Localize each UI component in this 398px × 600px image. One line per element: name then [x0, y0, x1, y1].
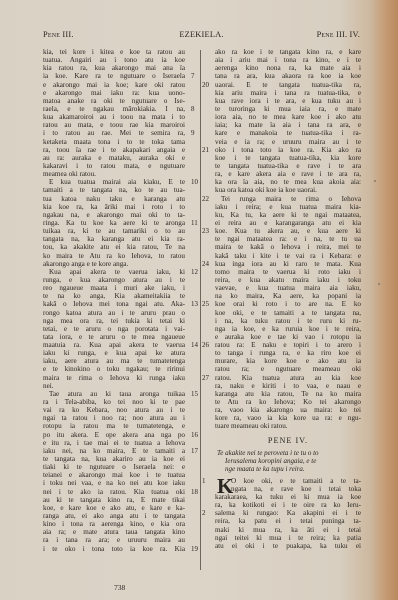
verse-number: 7	[191, 72, 195, 80]
line-text: tangata na, ka karanga atu ei kia ra-	[43, 235, 185, 243]
verse-1-block: 1 K O koe oki, e te tamaiti a te ta- nga…	[215, 477, 361, 493]
text-line: kare e manakoia te tuatua-tika i ra-	[215, 129, 361, 137]
line-text: salema ki rungao: Ka akapini ei i te	[215, 509, 361, 517]
line-text: Tae atura au ki taua aronga tuikaa	[49, 390, 185, 398]
right-column-body: ako ra koe i te tangata kino ra, e karea…	[215, 48, 361, 431]
text-line: e te kinokino o toku ngakau; te ririnui	[43, 365, 185, 373]
text-line: iora aia, no te mea kare koe i ako atu	[215, 113, 361, 121]
text-line: tuare meameau oki ratou.	[215, 422, 361, 430]
line-text: te na ko anga, Kia akameitakiia te	[43, 292, 185, 300]
text-line: ketaketa maata tona i to te toka tama	[43, 138, 185, 146]
text-line: vaevae, e kua tuatua maira aia iaku,	[215, 284, 361, 292]
line-text: kua rave iora i te ara, e kua tuku au i	[215, 97, 361, 105]
line-text: nga ia koe, e ka ruruia koe i te reira,	[215, 325, 361, 333]
verse-number: 14	[191, 341, 198, 349]
text-line: ako ra koe i te tangata kino ra, e kare	[215, 48, 361, 56]
text-line: atu ei oki i te puakapa, ka tuku ei	[215, 542, 361, 550]
text-line: ra, vaoo kia akarongo ua maira: ko tei	[215, 406, 361, 414]
line-text: iaku ki runga, e kua apai ke atura	[43, 349, 185, 357]
text-line: salema ki rungao: Ka akapini ei i te2	[215, 509, 361, 517]
text-line: iaku, aere atura au ma te tumatetenga	[43, 357, 185, 365]
text-line: tomo maira te vaerua ki roto iaku i	[215, 268, 361, 276]
page-speck	[378, 283, 380, 285]
text-line: akarongo anga e te kore anga.	[43, 260, 185, 268]
line-text: maatuia ra. Kua apai akera te vaerua	[43, 341, 185, 349]
verse-number: 10	[191, 178, 198, 186]
text-line: maira te kakā o Iehova i reira, mei te	[215, 243, 361, 251]
text-line: ka ora ïa aia, no te mea kua akoia aia:	[215, 178, 361, 186]
line-text: kua ora katoa oki koe ia koe uaorai.	[215, 186, 317, 194]
line-text: Kua apai akera te vaerua iaku, ki	[49, 268, 185, 276]
line-text: teianei e akarongo mai koe i te tuatua	[43, 471, 185, 479]
line-text: kua akamaroiroi au i toou na mata i to	[43, 113, 185, 121]
line-text: atu ei oki i te puakapa, ka tuku ei	[215, 542, 361, 550]
text-line: ko maira te Atu ra ko Iehova, to ratou	[43, 252, 185, 260]
line-text: e auraka koe e tae ki vao i rotopu ia	[215, 333, 361, 341]
text-line: ratou au mata, e toou rae kia maroiroi	[43, 121, 185, 129]
text-line: Tei runga maira te rima o Iehova22	[215, 195, 361, 203]
text-line: veia e ia ra; e uruuru maira au i te	[215, 138, 361, 146]
verse-number: 25	[202, 300, 209, 308]
line-text: te turoringa ki mua iaia ra, e mate	[215, 105, 361, 113]
text-line: oko i tona toto ia koe ra. Kia ako ra21	[215, 146, 361, 154]
text-line: ranga atu, ei ako anga atu i te tangata	[43, 512, 185, 520]
verse-number: 15	[191, 390, 198, 398]
page-speck	[374, 180, 376, 182]
line-text: vaevae, e kua tuatua maira aia iaku,	[215, 284, 361, 292]
chapter-heading: PENE IV.	[215, 437, 361, 445]
text-line: E kua tuatua mairai aia kiaku, E te10	[43, 178, 185, 186]
line-text: rongo katoa atura au i te aruru prau o	[43, 309, 185, 317]
chapter-iv-text: karakaraea, ka tuku ei ki mua ia koera, …	[215, 493, 361, 550]
text-line: ra i tana ra ara; e uruuru maira au	[43, 536, 185, 544]
text-line: ngakau na, e akarongo mai oki to ta-	[43, 211, 185, 219]
text-line: ratou ra: E naku e topiri i to arero i26	[215, 341, 361, 349]
line-text: au ki te tangata kino ra, E mate tikai	[43, 496, 185, 504]
text-line: ratou. Kia tuatua atura au kia koe27	[215, 374, 361, 382]
line-text: ra, naku e kiriti i to vaa, e naau e	[215, 382, 361, 390]
text-line: ra, ka kotikoti ei i te oire ra ko Ieru-	[215, 501, 361, 509]
line-text: ra, e kare akera aia e rave i te ara ra,	[215, 170, 361, 178]
line-text: reira, e kua akatu maira iaku i toku	[215, 276, 361, 284]
line-text: tua katoa naku taku e karanga atu	[43, 195, 185, 203]
line-text: i te oko i tona toto ia koe ra. Kia	[43, 545, 185, 553]
text-line: iaku nei, na ko maira, E te tamaiti a17	[43, 447, 185, 455]
line-text: iora aia, no te mea kare koe i ako atu	[215, 113, 361, 121]
line-text: tou, ka akakite atu ei kia ratou, Te na	[43, 243, 185, 251]
line-text: ra, toou ïa rae i te akapakari angaia e	[43, 146, 185, 154]
text-line: kia ariu maira i tana ra tuatua-tika, e	[215, 89, 361, 97]
line-text: kare e manakoia te tuatua-tika i ra-	[215, 129, 361, 137]
line-text: oko i tona toto ia koe ra. Kia ako ra	[215, 146, 361, 154]
text-line: au ki te tangata kino ra, E mate tikai	[43, 496, 185, 504]
line-text: i to ratou au rae. Mei te semira ra,	[43, 129, 185, 137]
verse-number: 21	[202, 146, 209, 154]
text-line: ku, Ka tu, ka aere ki te ngai mataatea,	[215, 211, 361, 219]
verse-number: 12	[191, 268, 198, 276]
text-line: karakaraea, ka tuku ei ki mua ia koe	[215, 493, 361, 501]
line-text: kia ariu maira i tana ra tuatua-tika, e	[215, 89, 361, 97]
text-line: tata iora, e te aruru o te mea ngaueue	[43, 333, 185, 341]
running-header: Pene III. EZEKIELA. Pene III. IV.	[43, 30, 360, 44]
line-text: karakaraea, ka tuku ei ki mua ia koe	[215, 493, 361, 501]
line-text: i toku nei vaa, e na ko nei atu koe iaku	[43, 479, 185, 487]
text-line: ra, naku e kiriti i to vaa, e naau e	[215, 382, 361, 390]
line-text: to tanga i runga ra, e ka riro koe ei	[215, 349, 361, 357]
line-text: veia e ia ra; e uruuru maira au i te	[215, 138, 361, 146]
text-line: kakaravi i to ratou mata, e ngutuare	[43, 162, 185, 170]
line-text: ratou au mata, e toou rae kia maroiroi	[43, 121, 185, 129]
line-text: kia koe ra, ka āriki mai i roto i to	[43, 203, 185, 211]
line-text: koe, e kare koe e ako atu, e kare e ka-	[43, 504, 185, 512]
text-line: te na ko anga, Kia akameitakiia te	[43, 292, 185, 300]
text-line: maira te rima o Iehova ki runga iaku	[43, 374, 185, 382]
right-column: ako ra koe i te tangata kino ra, e karea…	[215, 48, 361, 550]
text-line: aia i ariu mai i tona ra kino, e i te	[215, 56, 361, 64]
text-line: i na, ka tuku ratou i te ruru ki ru-	[215, 317, 361, 325]
line-text: ku, Ka tu, ka aere ki te ngai mataatea,	[215, 211, 361, 219]
text-line: kua akamaroiroi au i toou na mata i to	[43, 113, 185, 121]
header-right-chapter: Pene III. IV.	[317, 30, 360, 39]
text-line: to tanga i runga ra, e ka riro koe ei	[215, 349, 361, 357]
text-line: nei i te ako ia ratou. Kia tuatua oki18	[43, 488, 185, 496]
line-text: e akarongo mai iaku ra: kua uono-	[43, 89, 185, 97]
text-line: tetai, e te aruru o nga porotata i vai-	[43, 325, 185, 333]
line-text: uaorai. E te tangata tuatua-tika ra,	[215, 81, 361, 89]
text-line: koe i te tangata tuatua-tika, kia kore	[215, 154, 361, 162]
column-divider	[200, 50, 201, 570]
book-page: Pene III. EZEKIELA. Pene III. IV. kia, t…	[0, 0, 398, 600]
line-text: e itu ra, i tae mai ei te tuatua a Iehov…	[43, 439, 185, 447]
text-line: ia koe. Kare ra te ngutuare o Iseraela7	[43, 72, 185, 80]
text-line: raela, e te ngakau mārokiakia. I na,8	[43, 105, 185, 113]
text-line: ra i Tela-abiba, ko tei noo ki te pae	[43, 398, 185, 406]
verse-number: 2	[202, 509, 206, 517]
text-line: e auraka koe e tae ki vao i rotopu ia	[215, 333, 361, 341]
text-line: nei.	[43, 382, 185, 390]
text-line: kore ra, vaoo ia kia kore ua ra: e ngu-	[215, 414, 361, 422]
line-text: nga mea ora ra, tei tukia ki tetai ki	[43, 317, 185, 325]
line-text: kakā taku i kite i te vai ra i Kebara: e	[215, 252, 361, 260]
text-line: na ko maira, Ka aere, ka popani ia	[215, 292, 361, 300]
text-line: kia ratou ra, kua akarongo mai ana ïa	[43, 64, 185, 72]
text-line: koe. Kua tu akera au, e kua aere ki23	[215, 227, 361, 235]
line-text: aerenga kino nona ra, ka mate aia i	[215, 64, 361, 72]
verse-number: 22	[202, 195, 209, 203]
line-text: iaku, aere atura au ma te tumatetenga	[43, 357, 185, 365]
text-line: tuikaa ra, ki te au tamariki o to au	[43, 227, 185, 235]
line-text: kakā o Iehova mei tona ngai atu. Aka-	[43, 300, 185, 308]
header-book-title: EZEKIELA.	[43, 30, 360, 39]
text-line: ra, toou ïa rae i te akapakari angaia e	[43, 146, 185, 154]
text-line: e itu ra, i tae mai ei te tuatua a Iehov…	[43, 439, 185, 447]
verse-number: 26	[202, 341, 209, 349]
line-text: tiaki ki te ngutuare o Iseraela nei: e	[43, 463, 185, 471]
line-text: koe oki, e te tamaiti a te tangata na,	[215, 309, 361, 317]
verse-number: 23	[202, 227, 209, 235]
line-text: ra, ka kotikoti ei i te oire ra ko Ieru-	[215, 501, 361, 509]
line-text: te tangata tuatua-tika e rave i te ara	[215, 162, 361, 170]
text-line: rotopu ia ratou ma te tumatetenga, e	[43, 422, 185, 430]
text-line: runga, e kua akarongo atura au i te	[43, 276, 185, 284]
text-line: maatuia ra. Kua apai akera te vaerua14	[43, 341, 185, 349]
text-line: i te oko i tona toto ia koe ra. Kia19	[43, 545, 185, 553]
text-line: reira, e kua akatu maira iaku i toku	[215, 276, 361, 284]
text-line: kakā o Iehova mei tona ngai atu. Aka-13	[43, 300, 185, 308]
line-text: aia i ariu mai i tona ra kino, e i te	[215, 56, 361, 64]
verse-number: 13	[191, 300, 198, 308]
text-line: O koe oki, e te tamaiti a te ta-	[215, 477, 361, 485]
line-text: po itu akera. E ope akera ana nga po	[43, 431, 185, 439]
text-line: uaorai. E te tangata tuatua-tika ra,20	[215, 81, 361, 89]
line-text: tuare meameau oki ratou.	[215, 422, 288, 430]
line-text: maira te kakā o Iehova i reira, mei te	[215, 243, 361, 251]
line-text: iaku i reira; e kua tuatua maira kia-	[215, 203, 361, 211]
line-text: ngai ta ratou i noo ra; noo atura au i	[43, 414, 185, 422]
line-text: kakaravi i to ratou mata, e ngutuare	[43, 162, 185, 170]
text-line: kua rave iora i te ara, e kua tuku au i	[215, 97, 361, 105]
text-line: tua katoa naku taku e karanga atu	[43, 195, 185, 203]
line-text: ra, vaoo kia akarongo ua maira: ko tei	[215, 406, 361, 414]
line-text: kua inga iora au ki raro te mata. Kua	[215, 260, 361, 268]
text-line: reo ngaueue maata i muri ake iaku, i	[43, 284, 185, 292]
text-line: koe oki, e te tamaiti a te tangata na,	[215, 309, 361, 317]
line-text: E kua tuatua mairai aia kiaku, E te	[49, 178, 185, 186]
line-text: au ra: auraka e mataku, auraka oki e	[43, 154, 185, 162]
line-text: meamea oki ratou.	[43, 170, 96, 178]
line-text: koe. Kua tu akera au, e kua aere ki	[215, 227, 361, 235]
text-line: aerenga kino nona ra, ka mate aia i	[215, 64, 361, 72]
text-line: ngata na, e rave koe i tetai toka	[215, 485, 361, 493]
line-text: aia ra; e mate atura taua tangata kino	[43, 528, 185, 536]
text-line: maki ki mua ra, ka āti ei i tetai	[215, 526, 361, 534]
line-text: nei i te ako ia ratou. Kia tuatua oki	[43, 488, 185, 496]
text-line: nga mea ora ra, tei tukia ki tetai ki	[43, 317, 185, 325]
text-line: tou, ka akakite atu ei kia ratou, Te na	[43, 243, 185, 251]
line-text: ko maira te Atu ra ko Iehova, to ratou	[43, 252, 185, 260]
line-text: rotopu ia ratou ma te tumatetenga, e	[43, 422, 185, 430]
line-text: te tangata na, kua akariro au ia koe ei	[43, 455, 185, 463]
text-line: murare, kia kore koe e ako atu ia	[215, 357, 361, 365]
text-line: tana ra ara, kua akaora ra koe ia koe	[215, 72, 361, 80]
text-line: vai ra ko Kebara, noo atura au i te	[43, 406, 185, 414]
line-text: kore ra, vaoo ia kia kore ua ra: e ngu-	[215, 414, 361, 422]
text-line: Kua apai akera te vaerua iaku, ki12	[43, 268, 185, 276]
text-line: tangata na, ka karanga atu ei kia ra-	[43, 235, 185, 243]
line-text: iaku nei, na ko maira, E te tamaiti a	[43, 447, 185, 455]
verse-number: 11	[191, 219, 198, 227]
line-text: ratou ra; e ngutuare meameau oki	[215, 365, 361, 373]
text-line: au ra: auraka e mataku, auraka oki e	[43, 154, 185, 162]
text-line: reira, ka patu ei i tetai puninga ta-	[215, 517, 361, 525]
line-text: ngai teitei ki mua i te reira; ka patia	[215, 534, 361, 542]
verse-number: 24	[202, 260, 209, 268]
summary-line: Ierusalema koropini angaia, e te	[215, 457, 361, 465]
summary-line: Te akakite nei te peroveta i te tu o to	[215, 449, 361, 457]
verse-number: 27	[202, 374, 209, 382]
line-text: ei reira au e karangaranga atu ei kia	[215, 219, 361, 227]
text-line: tamaiti a te tangata na, ko te au tua-	[43, 186, 185, 194]
text-line: kakā taku i kite i te vai ra i Kebara: e	[215, 252, 361, 260]
text-line: i to ratou au rae. Mei te semira ra,9	[43, 129, 185, 137]
text-line: tuatua. Angairi au i tono atu ia koe	[43, 56, 185, 64]
line-text: ratou. Kia tuatua atura au kia koe	[215, 374, 361, 382]
text-line: e akarongo mai ia koe; kare oki ratou	[43, 81, 185, 89]
line-text: ka ora ïa aia, no te mea kua akoia aia:	[215, 178, 361, 186]
text-line: aia ra; e mate atura taua tangata kino	[43, 528, 185, 536]
line-text: ketaketa maata tona i to te toka tama	[43, 138, 185, 146]
line-text: tamaiti a te tangata na, ko te au tua-	[43, 186, 185, 194]
line-text: vai ra ko Kebara, noo atura au i te	[43, 406, 185, 414]
line-text: e akarongo mai ia koe; kare oki ratou	[43, 81, 185, 89]
text-line: kua inga iora au ki raro te mata. Kua24	[215, 260, 361, 268]
text-line: i toku nei vaa, e na ko nei atu koe iaku	[43, 479, 185, 487]
verse-number: 17	[191, 447, 198, 455]
verse-number: 19	[191, 545, 198, 553]
line-text: raela, e te ngakau mārokiakia. I na,	[43, 105, 185, 113]
text-line: kino i tona ra aerenga kino, e kia ora	[43, 520, 185, 528]
text-line: te turoringa ki mua iaia ra, e mate	[215, 105, 361, 113]
summary-line: nge maata te ka tupu i reira.	[215, 465, 361, 473]
line-text: koe orai ki roto i to are na. E ko	[215, 300, 361, 308]
line-text: kia, tei kore i kitea e koe ta ratou au	[43, 48, 185, 56]
line-text: tuatua. Angairi au i tono atu ia koe	[43, 56, 185, 64]
line-text: akarongo anga e te kore anga.	[43, 260, 128, 268]
line-text: runga, e kua akarongo atura au i te	[43, 276, 185, 284]
line-text: tomo maira te vaerua ki roto iaku i	[215, 268, 361, 276]
line-text: ringa. Ka tu koe ka aere ki te aronga	[43, 219, 185, 227]
verse-number: 16	[191, 431, 198, 439]
text-line: Tae atura au ki taua aronga tuikaa15	[43, 390, 185, 398]
text-line: te tangata tuatua-tika e rave i te ara	[215, 162, 361, 170]
text-line: ringa. Ka tu koe ka aere ki te aronga11	[43, 219, 185, 227]
line-text: kino i tona ra aerenga kino, e kia ora	[43, 520, 185, 528]
line-text: koe i te tangata tuatua-tika, kia kore	[215, 154, 361, 162]
text-line: iaku ki runga, e kua apai ke atura	[43, 349, 185, 357]
text-line: e akarongo mai iaku ra: kua uono-	[43, 89, 185, 97]
text-line: te Atu ra ko Iehova; Ko tei akarongo	[215, 398, 361, 406]
text-line: ratou ra; e ngutuare meameau oki	[215, 365, 361, 373]
text-line: koe, e kare koe e ako atu, e kare e ka-	[43, 504, 185, 512]
text-line: ei reira au e karangaranga atu ei kia	[215, 219, 361, 227]
text-line: matoa anake ra oki te ngutuare o Ise-	[43, 97, 185, 105]
text-line: ngai ta ratou i noo ra; noo atura au i	[43, 414, 185, 422]
left-column: kia, tei kore i kitea e koe ta ratou aut…	[43, 48, 185, 553]
text-line: iaia; ka mate ïa aia i tana ra ara, e	[215, 121, 361, 129]
line-text: te ngai mataatea ra: e i na, te tu ua	[215, 235, 361, 243]
text-line: rongo katoa atura au i te aruru prau o	[43, 309, 185, 317]
line-text: ngakau na, e akarongo mai oki to ta-	[43, 211, 185, 219]
chapter-summary: Te akakite nei te peroveta i te tu o toI…	[215, 449, 361, 473]
line-text: i na, ka tuku ratou i te ruru ki ru-	[215, 317, 361, 325]
text-line: nga ia koe, e ka ruruia koe i te reira,	[215, 325, 361, 333]
verse-number: 20	[202, 81, 209, 89]
text-line: ngai teitei ki mua i te reira; ka patia	[215, 534, 361, 542]
line-text: nei.	[43, 382, 54, 390]
line-text: ra i tana ra ara; e uruuru maira au	[43, 536, 185, 544]
text-line: meamea oki ratou.	[43, 170, 185, 178]
line-text: e te kinokino o toku ngakau; te ririnui	[43, 365, 185, 373]
line-text: tuikaa ra, ki te au tamariki o to au	[43, 227, 185, 235]
line-text: matoa anake ra oki te ngutuare o Ise-	[43, 97, 185, 105]
text-line: ra, e kare akera aia e rave i te ara ra,	[215, 170, 361, 178]
text-line: kia, tei kore i kitea e koe ta ratou au	[43, 48, 185, 56]
verse-number: 8	[191, 105, 195, 113]
text-line: teianei e akarongo mai koe i te tuatua	[43, 471, 185, 479]
line-text: karanga atu kia ratou, Te na ko maira	[215, 390, 361, 398]
line-text: ia koe. Kare ra te ngutuare o Iseraela	[43, 72, 185, 80]
line-text: ra i Tela-abiba, ko tei noo ki te pae	[43, 398, 185, 406]
line-text: iaia; ka mate ïa aia i tana ra ara, e	[215, 121, 361, 129]
line-text: reira, ka patu ei i tetai puninga ta-	[215, 517, 361, 525]
line-text: tana ra ara, kua akaora ra koe ia koe	[215, 72, 361, 80]
text-line: kia koe ra, ka āriki mai i roto i to	[43, 203, 185, 211]
text-line: po itu akera. E ope akera ana nga po16	[43, 431, 185, 439]
verse-number: 9	[191, 129, 195, 137]
text-line: kua ora katoa oki koe ia koe uaorai.	[215, 186, 361, 194]
line-text: maira te rima o Iehova ki runga iaku	[43, 374, 185, 382]
line-text: reo ngaueue maata i muri ake iaku, i	[43, 284, 185, 292]
text-line: tiaki ki te ngutuare o Iseraela nei: e	[43, 463, 185, 471]
page-number: 738	[114, 583, 125, 592]
line-text: maki ki mua ra, ka āti ei i tetai	[215, 526, 361, 534]
verse-number: 1	[202, 477, 206, 485]
text-line: koe orai ki roto i to are na. E ko25	[215, 300, 361, 308]
line-text: murare, kia kore koe e ako atu ia	[215, 357, 361, 365]
verse-number: 18	[191, 488, 198, 496]
line-text: kia ratou ra, kua akarongo mai ana ïa	[43, 64, 185, 72]
text-line: te ngai mataatea ra: e i na, te tu ua	[215, 235, 361, 243]
line-text: na ko maira, Ka aere, ka popani ia	[215, 292, 361, 300]
line-text: tata iora, e te aruru o te mea ngaueue	[43, 333, 185, 341]
text-line: karanga atu kia ratou, Te na ko maira	[215, 390, 361, 398]
text-line: te tangata na, kua akariro au ia koe ei	[43, 455, 185, 463]
line-text: ranga atu, ei ako anga atu i te tangata	[43, 512, 185, 520]
line-text: ako ra koe i te tangata kino ra, e kare	[215, 48, 361, 56]
text-line: iaku i reira; e kua tuatua maira kia-	[215, 203, 361, 211]
line-text: ratou ra: E naku e topiri i to arero i	[215, 341, 361, 349]
line-text: Tei runga maira te rima o Iehova	[221, 195, 361, 203]
line-text: te Atu ra ko Iehova; Ko tei akarongo	[215, 398, 361, 406]
line-text: tetai, e te aruru o nga porotata i vai-	[43, 325, 185, 333]
